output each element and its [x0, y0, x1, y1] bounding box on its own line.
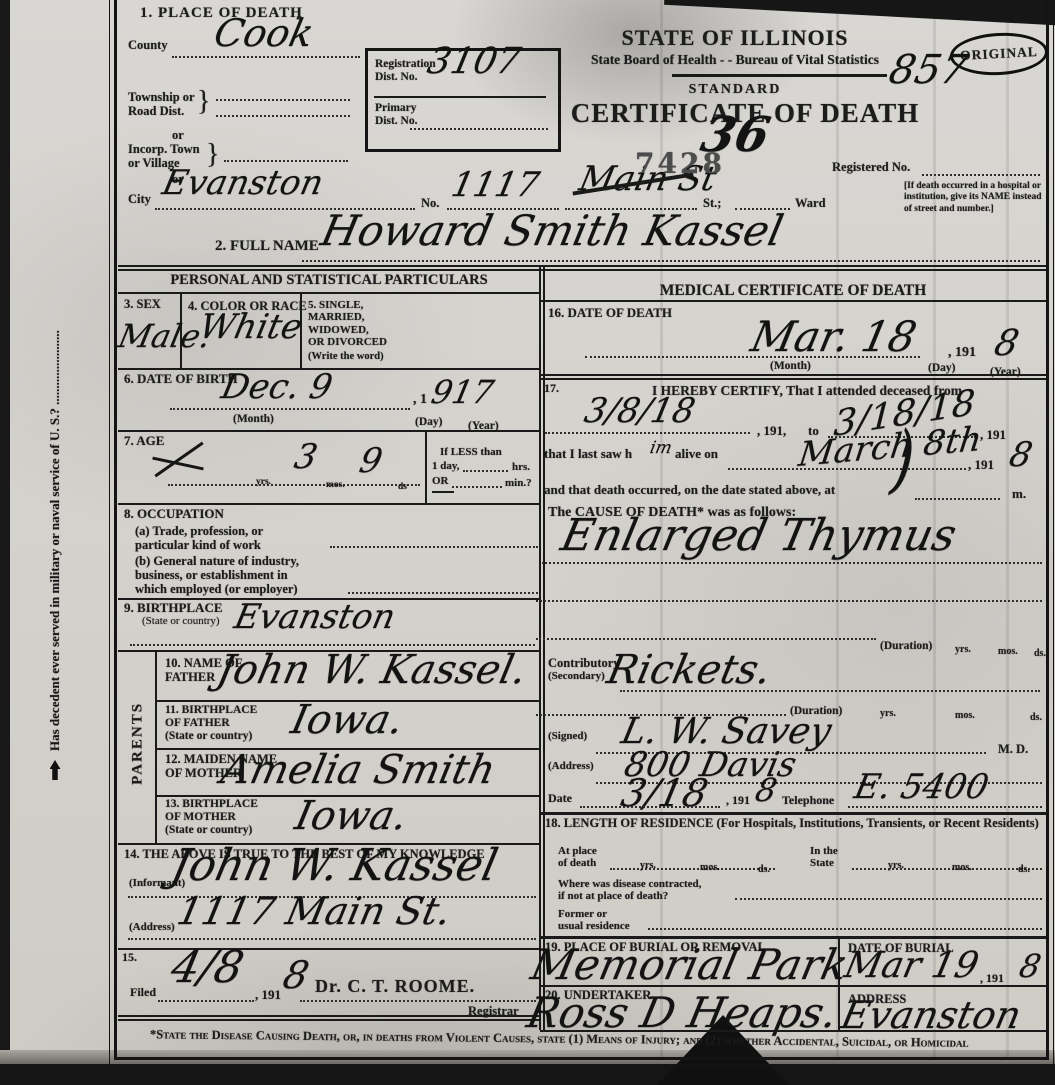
yrs-caption: yrs.	[880, 708, 896, 719]
in-state-label: In the State	[810, 845, 838, 870]
rule	[118, 430, 540, 432]
telephone-value: E. 5400	[852, 772, 991, 803]
certificate-number-handwritten: 36	[697, 114, 773, 157]
dotted-line	[728, 468, 966, 470]
age-label: 7. AGE	[124, 434, 164, 449]
photo-edge-bottom	[0, 1062, 1055, 1085]
rule	[374, 96, 546, 98]
scanned-death-certificate: Has decedent ever served in military or …	[0, 0, 1055, 1085]
rule	[540, 936, 1046, 939]
dotted-line	[580, 806, 720, 808]
occupation-a-label: (a) Trade, profession, or particular kin…	[135, 524, 263, 552]
day-caption: (Day)	[928, 362, 955, 375]
rule	[540, 374, 1046, 376]
date-of-death-value: Mar. 18	[748, 318, 920, 356]
yrs-caption: yrs.	[888, 860, 904, 871]
attended-from-value: 3/8/18	[582, 396, 698, 427]
parents-label: PARENTS	[130, 683, 147, 803]
rule	[118, 265, 1046, 267]
dob-label: 6. DATE OF BIRTH	[124, 372, 238, 387]
dob-year-value: 917	[429, 378, 496, 407]
township-label: Township or Road Dist.	[128, 90, 195, 118]
mother-name-value: Amelia Smith	[218, 752, 498, 788]
registered-no-label: Registered No.	[832, 160, 910, 174]
ward-label: Ward	[795, 196, 826, 210]
dotted-line	[848, 806, 1042, 808]
birthplace-label: 9. BIRTHPLACE	[124, 601, 223, 616]
year-caption: (Year)	[990, 366, 1021, 379]
last-saw-pre: that I last saw h	[544, 447, 632, 462]
dotted-line	[452, 486, 502, 488]
yrs-caption: yrs.	[256, 477, 271, 488]
informant-value: John W. Kassel	[168, 846, 501, 886]
month-caption: (Month)	[233, 413, 274, 426]
telephone-label: Telephone	[782, 794, 834, 807]
month-caption: (Month)	[770, 360, 811, 373]
page-number-handwritten: 857	[886, 52, 970, 88]
dotted-line	[168, 484, 420, 486]
dotted-line	[542, 562, 1042, 564]
year-191b: , 191	[980, 428, 1006, 443]
sex-label: 3. SEX	[124, 297, 161, 311]
margin-note-text: Has decedent ever served in military or …	[47, 330, 63, 751]
ds-caption: ds.	[1034, 648, 1046, 659]
state-title: STATE OF ILLINOIS	[565, 26, 905, 51]
year-191a: , 191,	[757, 424, 786, 439]
ds-caption: ds.	[1030, 712, 1042, 723]
undertaker-address-value: Evanston	[838, 998, 1024, 1032]
less-than-line1: If LESS than	[440, 446, 502, 458]
house-no-value: 1117	[449, 170, 542, 201]
marital-label: 5. SINGLE, MARRIED, WIDOWED, OR DIVORCED	[308, 299, 387, 348]
filed-section-label: 15.	[122, 951, 137, 964]
personal-section-title: PERSONAL AND STATISTICAL PARTICULARS	[120, 272, 538, 288]
dotted-line	[330, 546, 538, 548]
burial-place-value: Memorial Park	[528, 946, 851, 984]
mos-caption: mos.	[326, 480, 345, 491]
signed-value: L. W. Savey	[619, 716, 834, 748]
dotted-line	[172, 56, 360, 58]
dotted-line	[410, 128, 548, 130]
column-divider	[543, 265, 545, 1030]
father-birthplace-value: Iowa.	[288, 702, 406, 738]
registration-dist-value: 3107	[425, 46, 524, 78]
ds-caption: ds.	[1018, 864, 1030, 875]
original-stamp-text: ORIGINAL	[960, 44, 1038, 63]
filed-year-prefix: , 191	[255, 988, 281, 1003]
duration-caption: (Duration)	[880, 640, 932, 653]
margin-military-note: Has decedent ever served in military or …	[40, 220, 70, 780]
dotted-line	[216, 99, 350, 101]
burial-year-prefix: , 191	[980, 972, 1004, 985]
dotted-line	[536, 638, 876, 640]
section-17-label: 17.	[544, 382, 559, 395]
race-value: White	[197, 312, 305, 343]
board-line: State Board of Health - - Bureau of Vita…	[545, 52, 925, 67]
date-year-prefix: , 191	[726, 794, 750, 807]
birthplace-value: Evanston	[232, 602, 398, 633]
county-label: County	[128, 38, 168, 52]
informant-address-value: 1117 Main St.	[174, 894, 454, 928]
rule	[540, 300, 1046, 302]
date-of-death-label: 16. DATE OF DEATH	[548, 306, 672, 321]
dotted-line	[302, 260, 1040, 262]
dotted-line	[216, 115, 350, 117]
rule	[540, 378, 1046, 380]
ds-caption: ds	[398, 482, 407, 493]
dotted-line	[610, 868, 775, 870]
m-caption: m.	[1012, 487, 1026, 502]
dotted-line	[128, 938, 536, 940]
column-divider	[539, 265, 541, 1030]
dotted-line	[648, 928, 1042, 930]
birthplace-sub-label: (State or country)	[142, 615, 220, 627]
or-label: or	[172, 128, 184, 142]
dod-year-prefix: , 191	[948, 345, 976, 361]
mos-caption: mos.	[952, 862, 972, 873]
dotted-line	[158, 1000, 254, 1002]
cause-of-death-value: Enlarged Thymus	[558, 516, 960, 556]
occupation-b-label: (b) General nature of industry, business…	[135, 554, 299, 596]
at-place-label: At place of death	[558, 845, 597, 870]
dotted-line	[130, 644, 535, 646]
rule	[118, 269, 1046, 271]
mos-caption: mos.	[955, 710, 975, 721]
last-saw-post: alive on	[675, 447, 718, 462]
dotted-line	[545, 432, 750, 434]
dob-year-prefix: , 1	[413, 392, 427, 408]
rule	[118, 1019, 540, 1021]
residence-label: 18. LENGTH OF RESIDENCE (For Hospitals, …	[545, 816, 1040, 830]
standard-label: STANDARD	[565, 82, 905, 98]
cell-divider	[425, 430, 427, 503]
min-caption: min.?	[505, 477, 532, 489]
undertaker-value: Ross D Heaps.	[524, 994, 841, 1032]
dotted-line	[735, 898, 1042, 900]
medical-section-title: MEDICAL CERTIFICATE OF DEATH	[543, 282, 1043, 299]
dotted-line	[852, 868, 1042, 870]
dob-value: Dec. 9	[219, 372, 335, 403]
or-caption: OR	[432, 475, 449, 487]
informant-address-label: (Address)	[129, 921, 175, 933]
date-signed-label: Date	[548, 792, 572, 805]
rule	[118, 1015, 540, 1017]
where-contracted-label: Where was disease contracted, if not at …	[558, 878, 701, 903]
former-residence-label: Former or usual residence	[558, 908, 630, 933]
mos-caption: mos.	[700, 862, 720, 873]
death-occurred-line: and that death occurred, on the date sta…	[544, 483, 835, 498]
marital-sub-label: (Write the word)	[308, 351, 384, 363]
dotted-line	[620, 690, 1040, 692]
dotted-line	[348, 592, 538, 594]
county-value: Cook	[211, 16, 316, 50]
hrs-caption: hrs.	[512, 461, 530, 473]
rule	[432, 491, 454, 493]
rule	[118, 503, 540, 505]
full-name-label: 2. FULL NAME	[215, 238, 319, 255]
ds-caption: ds.	[758, 864, 770, 875]
contributory-sub-label: (Secondary)	[548, 670, 605, 682]
primary-dist-label: Primary Dist. No.	[375, 102, 418, 128]
mother-birthplace-value: Iowa.	[292, 798, 410, 834]
photo-edge-left	[0, 0, 10, 1085]
registrar-name: Dr. C. T. ROOME.	[315, 976, 475, 996]
cell-divider	[155, 650, 157, 843]
physician-address-label: (Address)	[548, 760, 594, 772]
city-label: City	[128, 192, 151, 206]
yrs-caption: yrs.	[640, 860, 656, 871]
contributory-value: Rickets.	[604, 652, 774, 688]
dotted-line	[915, 498, 1000, 500]
full-name-value: Howard Smith Kassel	[318, 212, 786, 250]
city-value: Evanston	[160, 168, 326, 199]
md-label: M. D.	[998, 742, 1028, 756]
brace: }	[197, 86, 210, 117]
dotted-line	[922, 174, 1040, 176]
dotted-line	[536, 600, 1042, 602]
dotted-line	[463, 470, 508, 472]
filed-label: Filed	[130, 986, 156, 999]
day-caption: (Day)	[415, 416, 442, 429]
occupation-label: 8. OCCUPATION	[124, 507, 224, 522]
rule	[540, 985, 1046, 987]
yrs-caption: yrs.	[955, 644, 971, 655]
signed-label: (Signed)	[548, 730, 587, 742]
father-birthplace-label: 11. BIRTHPLACE OF FATHER (State or count…	[165, 704, 257, 743]
dotted-line	[224, 160, 348, 162]
pointing-hand-icon	[50, 760, 61, 780]
burial-date-value: Mar 19	[842, 950, 982, 982]
filed-date-value: 4/8	[168, 948, 247, 988]
mos-caption: mos.	[998, 646, 1018, 657]
mother-birthplace-label: 13. BIRTHPLACE OF MOTHER (State or count…	[165, 798, 258, 837]
less-than-line2: 1 day,	[432, 460, 460, 472]
father-name-value: John W. Kassel.	[214, 652, 530, 688]
last-saw-him: im	[648, 441, 673, 456]
year-191c: , 191	[968, 458, 994, 473]
rule	[540, 812, 1046, 815]
hospital-note: [If death occurred in a hospital or inst…	[904, 181, 1044, 215]
dotted-line	[170, 408, 410, 410]
dotted-line	[300, 1000, 536, 1002]
dotted-line	[585, 356, 920, 358]
rule	[672, 74, 887, 77]
